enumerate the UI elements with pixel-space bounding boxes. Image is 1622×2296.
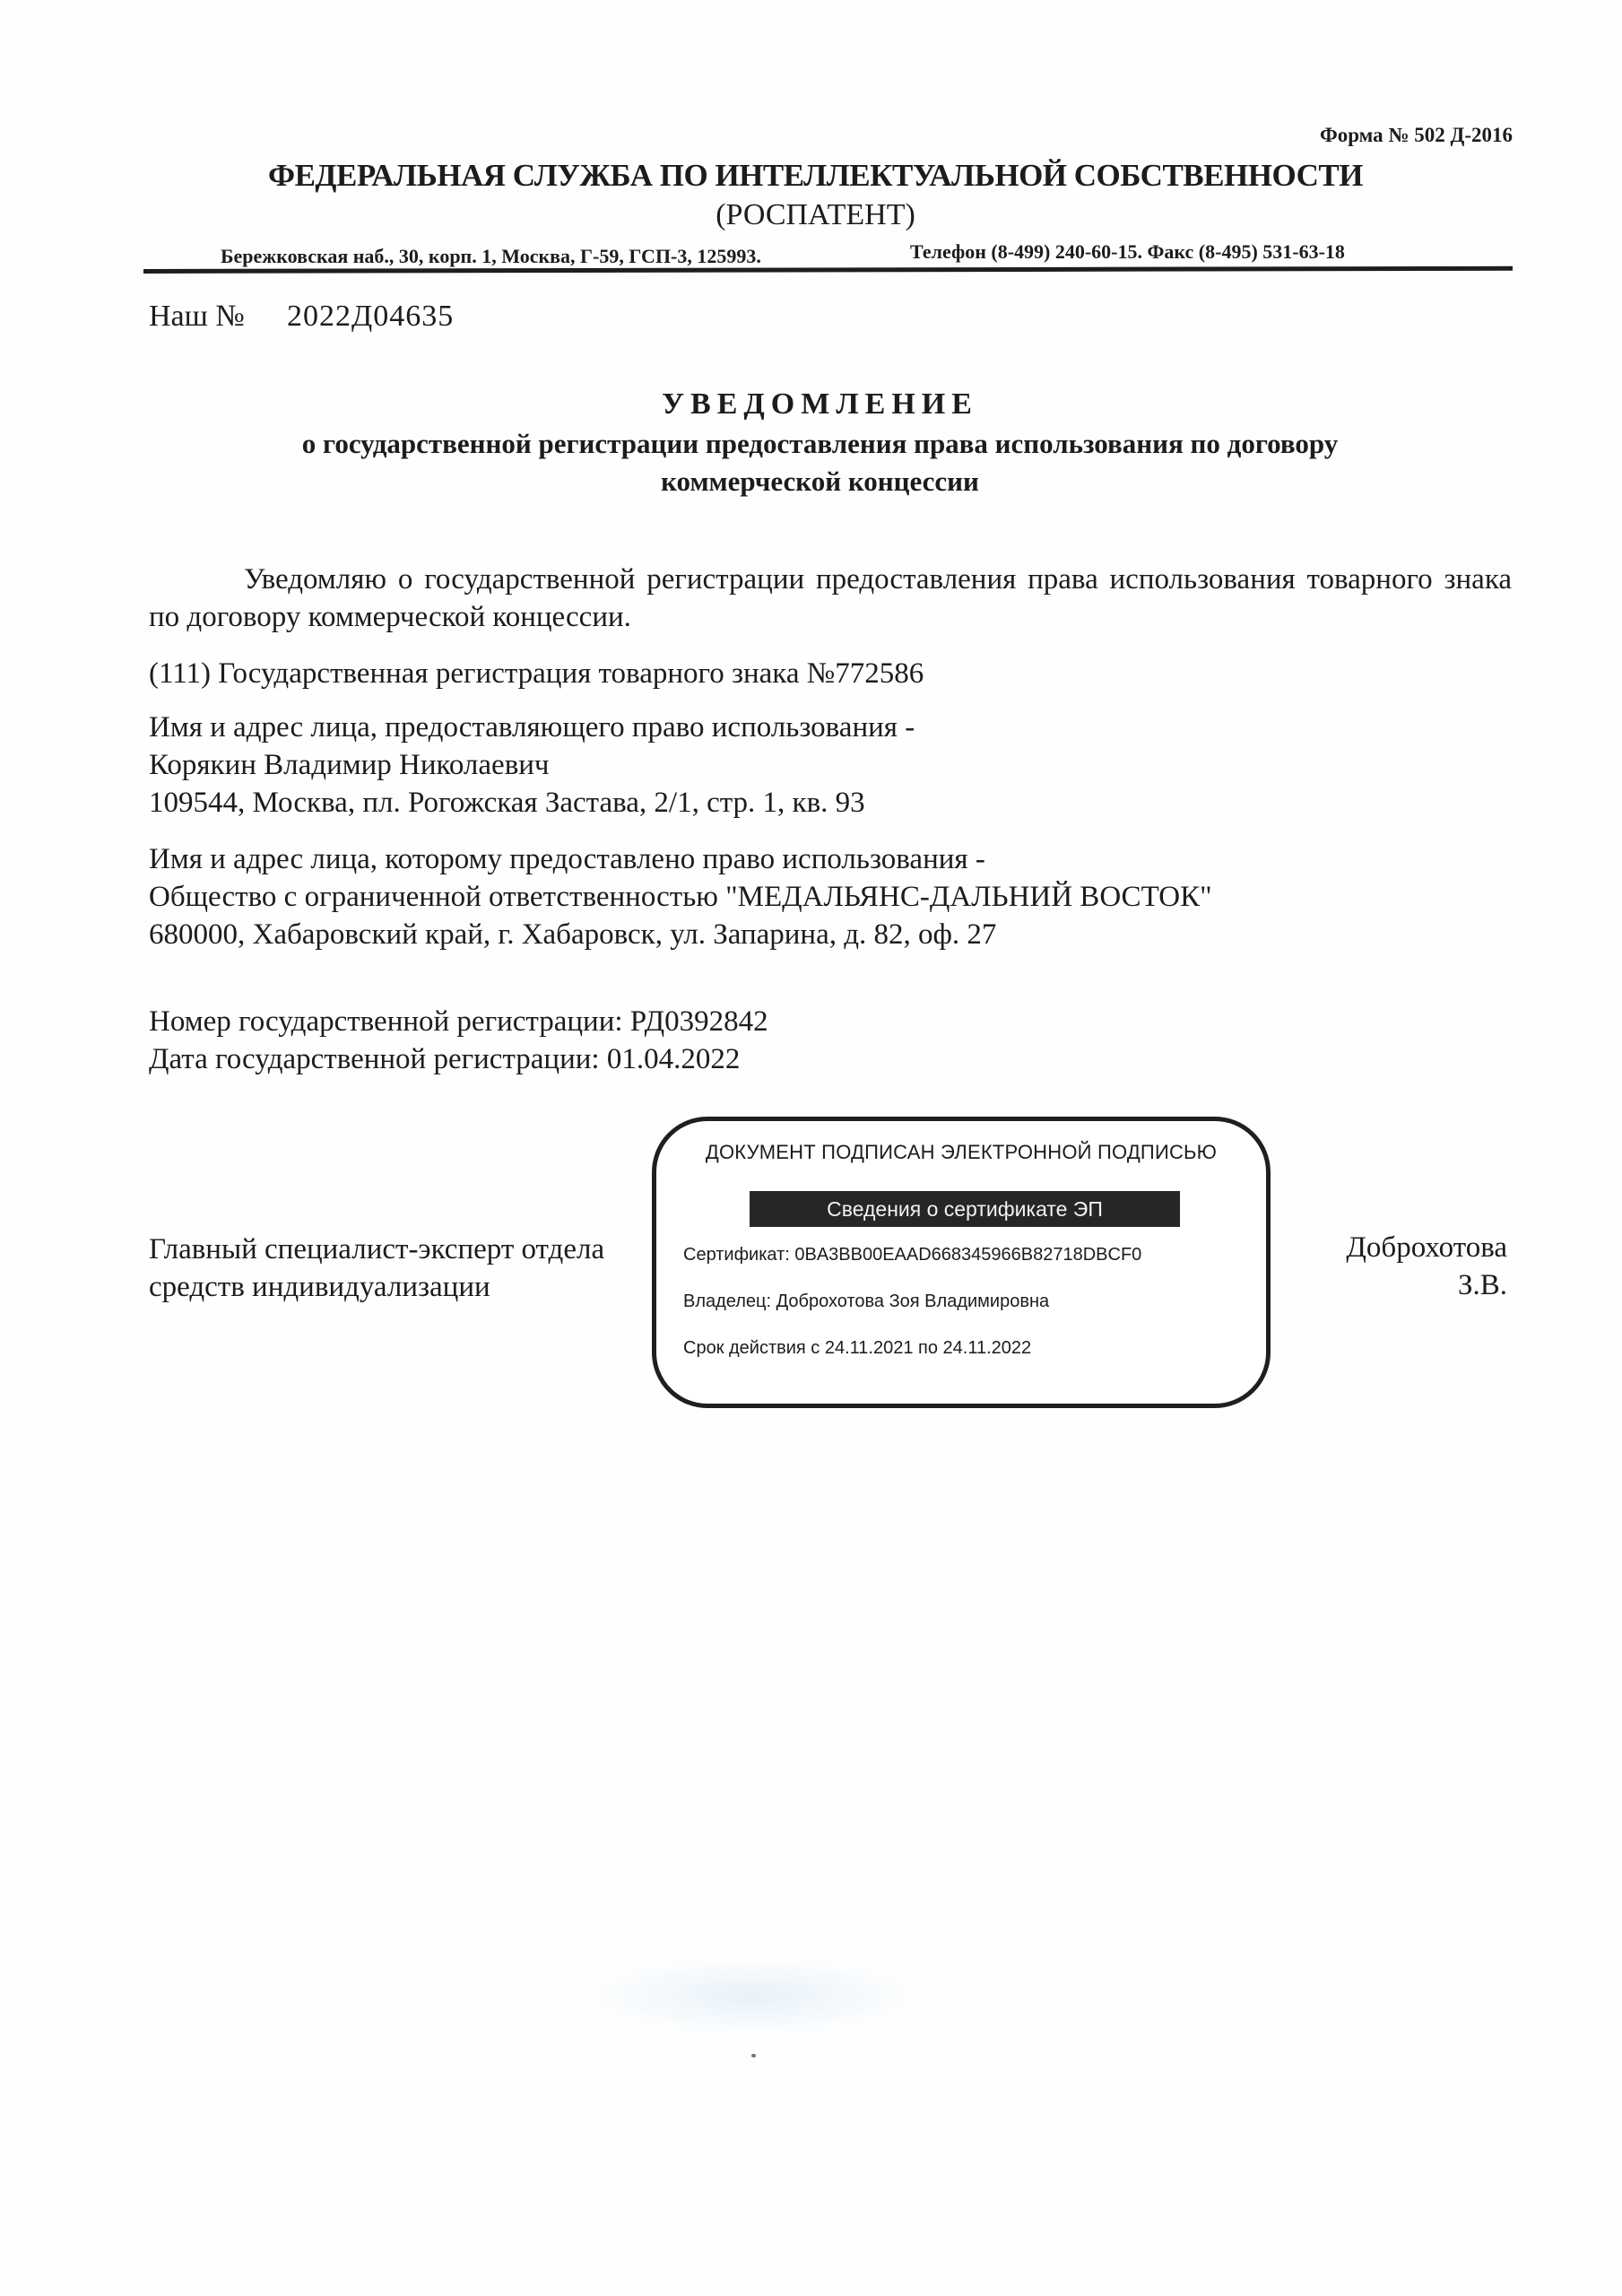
scan-speck <box>751 2054 756 2057</box>
electronic-signature-stamp: ДОКУМЕНТ ПОДПИСАН ЭЛЕКТРОННОЙ ПОДПИСЬЮ С… <box>652 1117 1271 1408</box>
grantor-name: Корякин Владимир Николаевич <box>149 746 915 784</box>
agency-name: ФЕДЕРАЛЬНАЯ СЛУЖБА ПО ИНТЕЛЛЕКТУАЛЬНОЙ С… <box>0 158 1622 194</box>
position-line-1: Главный специалист-эксперт отдела <box>149 1231 604 1268</box>
stamp-certificate-id: Сертификат: 0BA3BB00EAAD668345966B82718D… <box>683 1245 1141 1265</box>
notice-title: УВЕДОМЛЕНИЕ <box>0 387 1622 422</box>
signer-name: Доброхотова З.В. <box>1346 1229 1507 1304</box>
grantor-label: Имя и адрес лица, предоставляющего право… <box>149 709 915 746</box>
grantee-label: Имя и адрес лица, которому предоставлено… <box>149 840 1212 878</box>
stamp-certificate-banner: Сведения о сертификате ЭП <box>750 1191 1180 1227</box>
trademark-registration: (111) Государственная регистрация товарн… <box>149 655 924 692</box>
stamp-heading: ДОКУМЕНТ ПОДПИСАН ЭЛЕКТРОННОЙ ПОДПИСЬЮ <box>656 1141 1266 1164</box>
grantee-block: Имя и адрес лица, которому предоставлено… <box>149 840 1212 953</box>
signer-position: Главный специалист-эксперт отдела средст… <box>149 1231 604 1306</box>
notice-subtitle-text: о государственной регистрации предоставл… <box>238 425 1403 500</box>
reference-label: Наш № <box>149 300 245 334</box>
registration-date: Дата государственной регистрации: 01.04.… <box>149 1040 768 1078</box>
form-number: Форма № 502 Д-2016 <box>1320 124 1513 147</box>
agency-abbreviation: (РОСПАТЕНТ) <box>0 198 1622 232</box>
registration-number: Номер государственной регистрации: РД039… <box>149 1003 768 1040</box>
agency-contacts: Телефон (8-499) 240-60-15. Факс (8-495) … <box>910 240 1345 264</box>
grantee-address: 680000, Хабаровский край, г. Хабаровск, … <box>149 916 1212 953</box>
stamp-validity: Срок действия с 24.11.2021 по 24.11.2022 <box>683 1338 1031 1359</box>
scan-artifact <box>583 1955 924 2036</box>
reference-number: 2022Д04635 <box>287 300 454 334</box>
notice-subtitle: о государственной регистрации предоставл… <box>0 425 1622 500</box>
document-page: Форма № 502 Д-2016 ФЕДЕРАЛЬНАЯ СЛУЖБА ПО… <box>0 0 1622 2296</box>
stamp-owner: Владелец: Доброхотова Зоя Владимировна <box>683 1291 1049 1312</box>
signer-initials: З.В. <box>1346 1266 1507 1304</box>
registration-block: Номер государственной регистрации: РД039… <box>149 1003 768 1078</box>
grantor-address: 109544, Москва, пл. Рогожская Застава, 2… <box>149 784 915 822</box>
grantee-name: Общество с ограниченной ответственностью… <box>149 878 1212 916</box>
signer-surname: Доброхотова <box>1346 1229 1507 1266</box>
agency-address: Бережковская наб., 30, корп. 1, Москва, … <box>221 245 761 268</box>
position-line-2: средств индивидуализации <box>149 1268 604 1306</box>
intro-paragraph: Уведомляю о государственной регистрации … <box>149 561 1512 636</box>
grantor-block: Имя и адрес лица, предоставляющего право… <box>149 709 915 822</box>
